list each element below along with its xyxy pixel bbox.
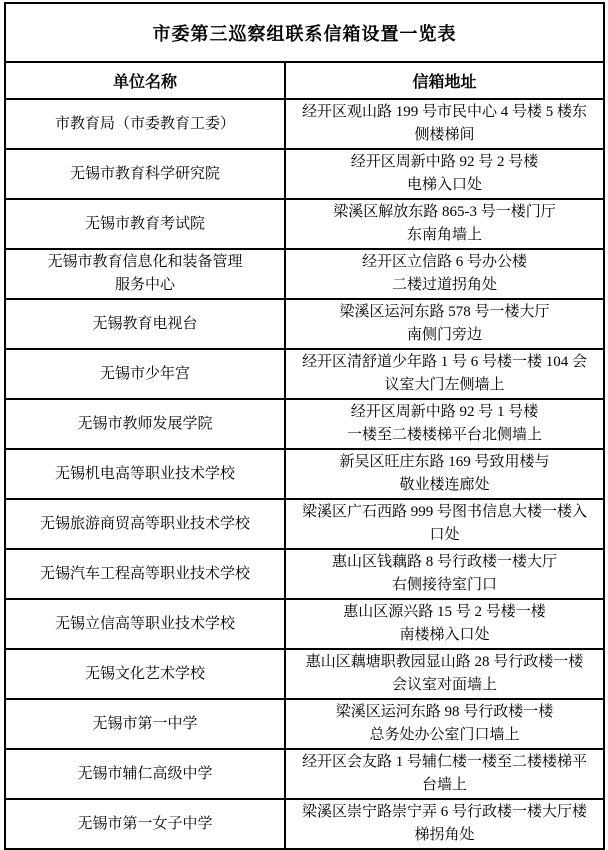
unit-cell: 无锡市教育科学研究院 bbox=[5, 149, 285, 199]
address-cell: 经开区立信路 6 号办公楼 二楼过道拐角处 bbox=[285, 249, 604, 299]
unit-name: 无锡市第一女子中学 bbox=[6, 813, 284, 836]
unit-cell: 无锡文化艺术学校 bbox=[5, 649, 285, 699]
address-cell: 经开区清舒道少年路 1 号 6 号楼一楼 104 会 议室大门左侧墙上 bbox=[285, 349, 604, 399]
header-row: 单位名称 信箱地址 bbox=[5, 62, 604, 99]
column-header-unit: 单位名称 bbox=[5, 62, 285, 99]
unit-name: 无锡市教育考试院 bbox=[6, 213, 284, 236]
address-cell: 经开区周新中路 92 号 1 号楼 一楼至二楼楼梯平台北侧墙上 bbox=[285, 399, 604, 449]
unit-name: 无锡立信高等职业技术学校 bbox=[6, 613, 284, 636]
address-cell: 梁溪区运河东路 578 号一楼大厅 南侧门旁边 bbox=[285, 299, 604, 349]
unit-cell: 无锡市教育信息化和装备管理 服务中心 bbox=[5, 249, 285, 299]
unit-name: 无锡机电高等职业技术学校 bbox=[6, 463, 284, 486]
unit-cell: 无锡市辅仁高级中学 bbox=[5, 749, 285, 799]
address-line2: 右侧接待室门口 bbox=[286, 574, 603, 597]
address-line1: 经开区会友路 1 号辅仁楼一楼至二楼楼梯平 bbox=[286, 751, 603, 774]
unit-name: 无锡市少年宫 bbox=[6, 363, 284, 386]
address-cell: 经开区观山路 199 号市民中心 4 号楼 5 楼东 侧楼梯间 bbox=[285, 99, 604, 149]
unit-cell: 无锡立信高等职业技术学校 bbox=[5, 599, 285, 649]
document-page: 市委第三巡察组联系信箱设置一览表 单位名称 信箱地址 市教育局（市委教育工委） … bbox=[0, 0, 608, 850]
address-line2: 口处 bbox=[286, 524, 603, 547]
unit-name: 无锡市教育科学研究院 bbox=[6, 163, 284, 186]
title-row: 市委第三巡察组联系信箱设置一览表 bbox=[5, 3, 604, 62]
unit-name: 无锡市教育信息化和装备管理 bbox=[6, 251, 284, 274]
address-line1: 惠山区藕塘职教园显山路 28 号行政楼一楼 bbox=[286, 651, 603, 674]
address-cell: 新吴区旺庄东路 169 号致用楼与 敬业楼连廊处 bbox=[285, 449, 604, 499]
address-cell: 惠山区钱藕路 8 号行政楼一楼大厅 右侧接待室门口 bbox=[285, 549, 604, 599]
address-cell: 梁溪区崇宁路崇宁弄 6 号行政楼一楼大厅楼 梯拐角处 bbox=[285, 799, 604, 849]
page-title: 市委第三巡察组联系信箱设置一览表 bbox=[5, 3, 604, 62]
address-line1: 梁溪区广石西路 999 号图书信息大楼一楼入 bbox=[286, 501, 603, 524]
address-line1: 经开区清舒道少年路 1 号 6 号楼一楼 104 会 bbox=[286, 351, 603, 374]
address-line2: 东南角墙上 bbox=[286, 224, 603, 247]
table-row: 无锡市教育信息化和装备管理 服务中心 经开区立信路 6 号办公楼 二楼过道拐角处 bbox=[5, 249, 604, 299]
address-line2: 一楼至二楼楼梯平台北侧墙上 bbox=[286, 424, 603, 447]
unit-name: 无锡教育电视台 bbox=[6, 313, 284, 336]
address-line2: 电梯入口处 bbox=[286, 174, 603, 197]
unit-name-line2: 服务中心 bbox=[6, 274, 284, 297]
address-line1: 梁溪区解放东路 865-3 号一楼门厅 bbox=[286, 201, 603, 224]
address-line1: 梁溪区运河东路 578 号一楼大厅 bbox=[286, 301, 603, 324]
address-cell: 梁溪区广石西路 999 号图书信息大楼一楼入 口处 bbox=[285, 499, 604, 549]
mailbox-table: 市委第三巡察组联系信箱设置一览表 单位名称 信箱地址 市教育局（市委教育工委） … bbox=[4, 2, 605, 850]
unit-cell: 市教育局（市委教育工委） bbox=[5, 99, 285, 149]
table-row: 无锡汽车工程高等职业技术学校 惠山区钱藕路 8 号行政楼一楼大厅 右侧接待室门口 bbox=[5, 549, 604, 599]
address-line2: 台墙上 bbox=[286, 774, 603, 797]
table-row: 市教育局（市委教育工委） 经开区观山路 199 号市民中心 4 号楼 5 楼东 … bbox=[5, 99, 604, 149]
table-row: 无锡旅游商贸高等职业技术学校 梁溪区广石西路 999 号图书信息大楼一楼入 口处 bbox=[5, 499, 604, 549]
address-line2: 侧楼梯间 bbox=[286, 124, 603, 147]
unit-name: 市教育局（市委教育工委） bbox=[6, 113, 284, 136]
address-cell: 惠山区藕塘职教园显山路 28 号行政楼一楼 会议室对面墙上 bbox=[285, 649, 604, 699]
address-cell: 梁溪区解放东路 865-3 号一楼门厅 东南角墙上 bbox=[285, 199, 604, 249]
unit-cell: 无锡市少年宫 bbox=[5, 349, 285, 399]
address-line2: 敬业楼连廊处 bbox=[286, 474, 603, 497]
unit-cell: 无锡机电高等职业技术学校 bbox=[5, 449, 285, 499]
address-line1: 新吴区旺庄东路 169 号致用楼与 bbox=[286, 451, 603, 474]
unit-name: 无锡市教师发展学院 bbox=[6, 413, 284, 436]
unit-name: 无锡文化艺术学校 bbox=[6, 663, 284, 686]
address-line2: 南侧门旁边 bbox=[286, 324, 603, 347]
address-line1: 经开区周新中路 92 号 2 号楼 bbox=[286, 151, 603, 174]
table-row: 无锡市教育考试院 梁溪区解放东路 865-3 号一楼门厅 东南角墙上 bbox=[5, 199, 604, 249]
address-line2: 会议室对面墙上 bbox=[286, 674, 603, 697]
table-row: 无锡教育电视台 梁溪区运河东路 578 号一楼大厅 南侧门旁边 bbox=[5, 299, 604, 349]
unit-name: 无锡汽车工程高等职业技术学校 bbox=[6, 563, 284, 586]
table-row: 无锡机电高等职业技术学校 新吴区旺庄东路 169 号致用楼与 敬业楼连廊处 bbox=[5, 449, 604, 499]
address-line1: 梁溪区崇宁路崇宁弄 6 号行政楼一楼大厅楼 bbox=[286, 801, 603, 824]
table-row: 无锡市教师发展学院 经开区周新中路 92 号 1 号楼 一楼至二楼楼梯平台北侧墙… bbox=[5, 399, 604, 449]
address-line1: 经开区立信路 6 号办公楼 bbox=[286, 251, 603, 274]
address-line2: 二楼过道拐角处 bbox=[286, 274, 603, 297]
unit-cell: 无锡市第一女子中学 bbox=[5, 799, 285, 849]
address-line2: 议室大门左侧墙上 bbox=[286, 374, 603, 397]
address-cell: 梁溪区运河东路 98 号行政楼一楼 总务处办公室门口墙上 bbox=[285, 699, 604, 749]
table-row: 无锡市辅仁高级中学 经开区会友路 1 号辅仁楼一楼至二楼楼梯平 台墙上 bbox=[5, 749, 604, 799]
table-row: 无锡文化艺术学校 惠山区藕塘职教园显山路 28 号行政楼一楼 会议室对面墙上 bbox=[5, 649, 604, 699]
table-row: 无锡市第一中学 梁溪区运河东路 98 号行政楼一楼 总务处办公室门口墙上 bbox=[5, 699, 604, 749]
address-line1: 惠山区钱藕路 8 号行政楼一楼大厅 bbox=[286, 551, 603, 574]
unit-cell: 无锡教育电视台 bbox=[5, 299, 285, 349]
unit-cell: 无锡汽车工程高等职业技术学校 bbox=[5, 549, 285, 599]
unit-name: 无锡市辅仁高级中学 bbox=[6, 763, 284, 786]
address-line2: 梯拐角处 bbox=[286, 824, 603, 847]
address-line1: 梁溪区运河东路 98 号行政楼一楼 bbox=[286, 701, 603, 724]
unit-cell: 无锡市教育考试院 bbox=[5, 199, 285, 249]
table-row: 无锡立信高等职业技术学校 惠山区源兴路 15 号 2 号楼一楼 南楼梯入口处 bbox=[5, 599, 604, 649]
unit-cell: 无锡旅游商贸高等职业技术学校 bbox=[5, 499, 285, 549]
unit-name: 无锡市第一中学 bbox=[6, 713, 284, 736]
address-line1: 经开区观山路 199 号市民中心 4 号楼 5 楼东 bbox=[286, 101, 603, 124]
address-line2: 南楼梯入口处 bbox=[286, 624, 603, 647]
unit-name: 无锡旅游商贸高等职业技术学校 bbox=[6, 513, 284, 536]
address-cell: 惠山区源兴路 15 号 2 号楼一楼 南楼梯入口处 bbox=[285, 599, 604, 649]
column-header-address: 信箱地址 bbox=[285, 62, 604, 99]
table-row: 无锡市教育科学研究院 经开区周新中路 92 号 2 号楼 电梯入口处 bbox=[5, 149, 604, 199]
address-cell: 经开区会友路 1 号辅仁楼一楼至二楼楼梯平 台墙上 bbox=[285, 749, 604, 799]
table-row: 无锡市第一女子中学 梁溪区崇宁路崇宁弄 6 号行政楼一楼大厅楼 梯拐角处 bbox=[5, 799, 604, 849]
address-line2: 总务处办公室门口墙上 bbox=[286, 724, 603, 747]
table-row: 无锡市少年宫 经开区清舒道少年路 1 号 6 号楼一楼 104 会 议室大门左侧… bbox=[5, 349, 604, 399]
address-line1: 经开区周新中路 92 号 1 号楼 bbox=[286, 401, 603, 424]
unit-cell: 无锡市第一中学 bbox=[5, 699, 285, 749]
unit-cell: 无锡市教师发展学院 bbox=[5, 399, 285, 449]
address-cell: 经开区周新中路 92 号 2 号楼 电梯入口处 bbox=[285, 149, 604, 199]
address-line1: 惠山区源兴路 15 号 2 号楼一楼 bbox=[286, 601, 603, 624]
